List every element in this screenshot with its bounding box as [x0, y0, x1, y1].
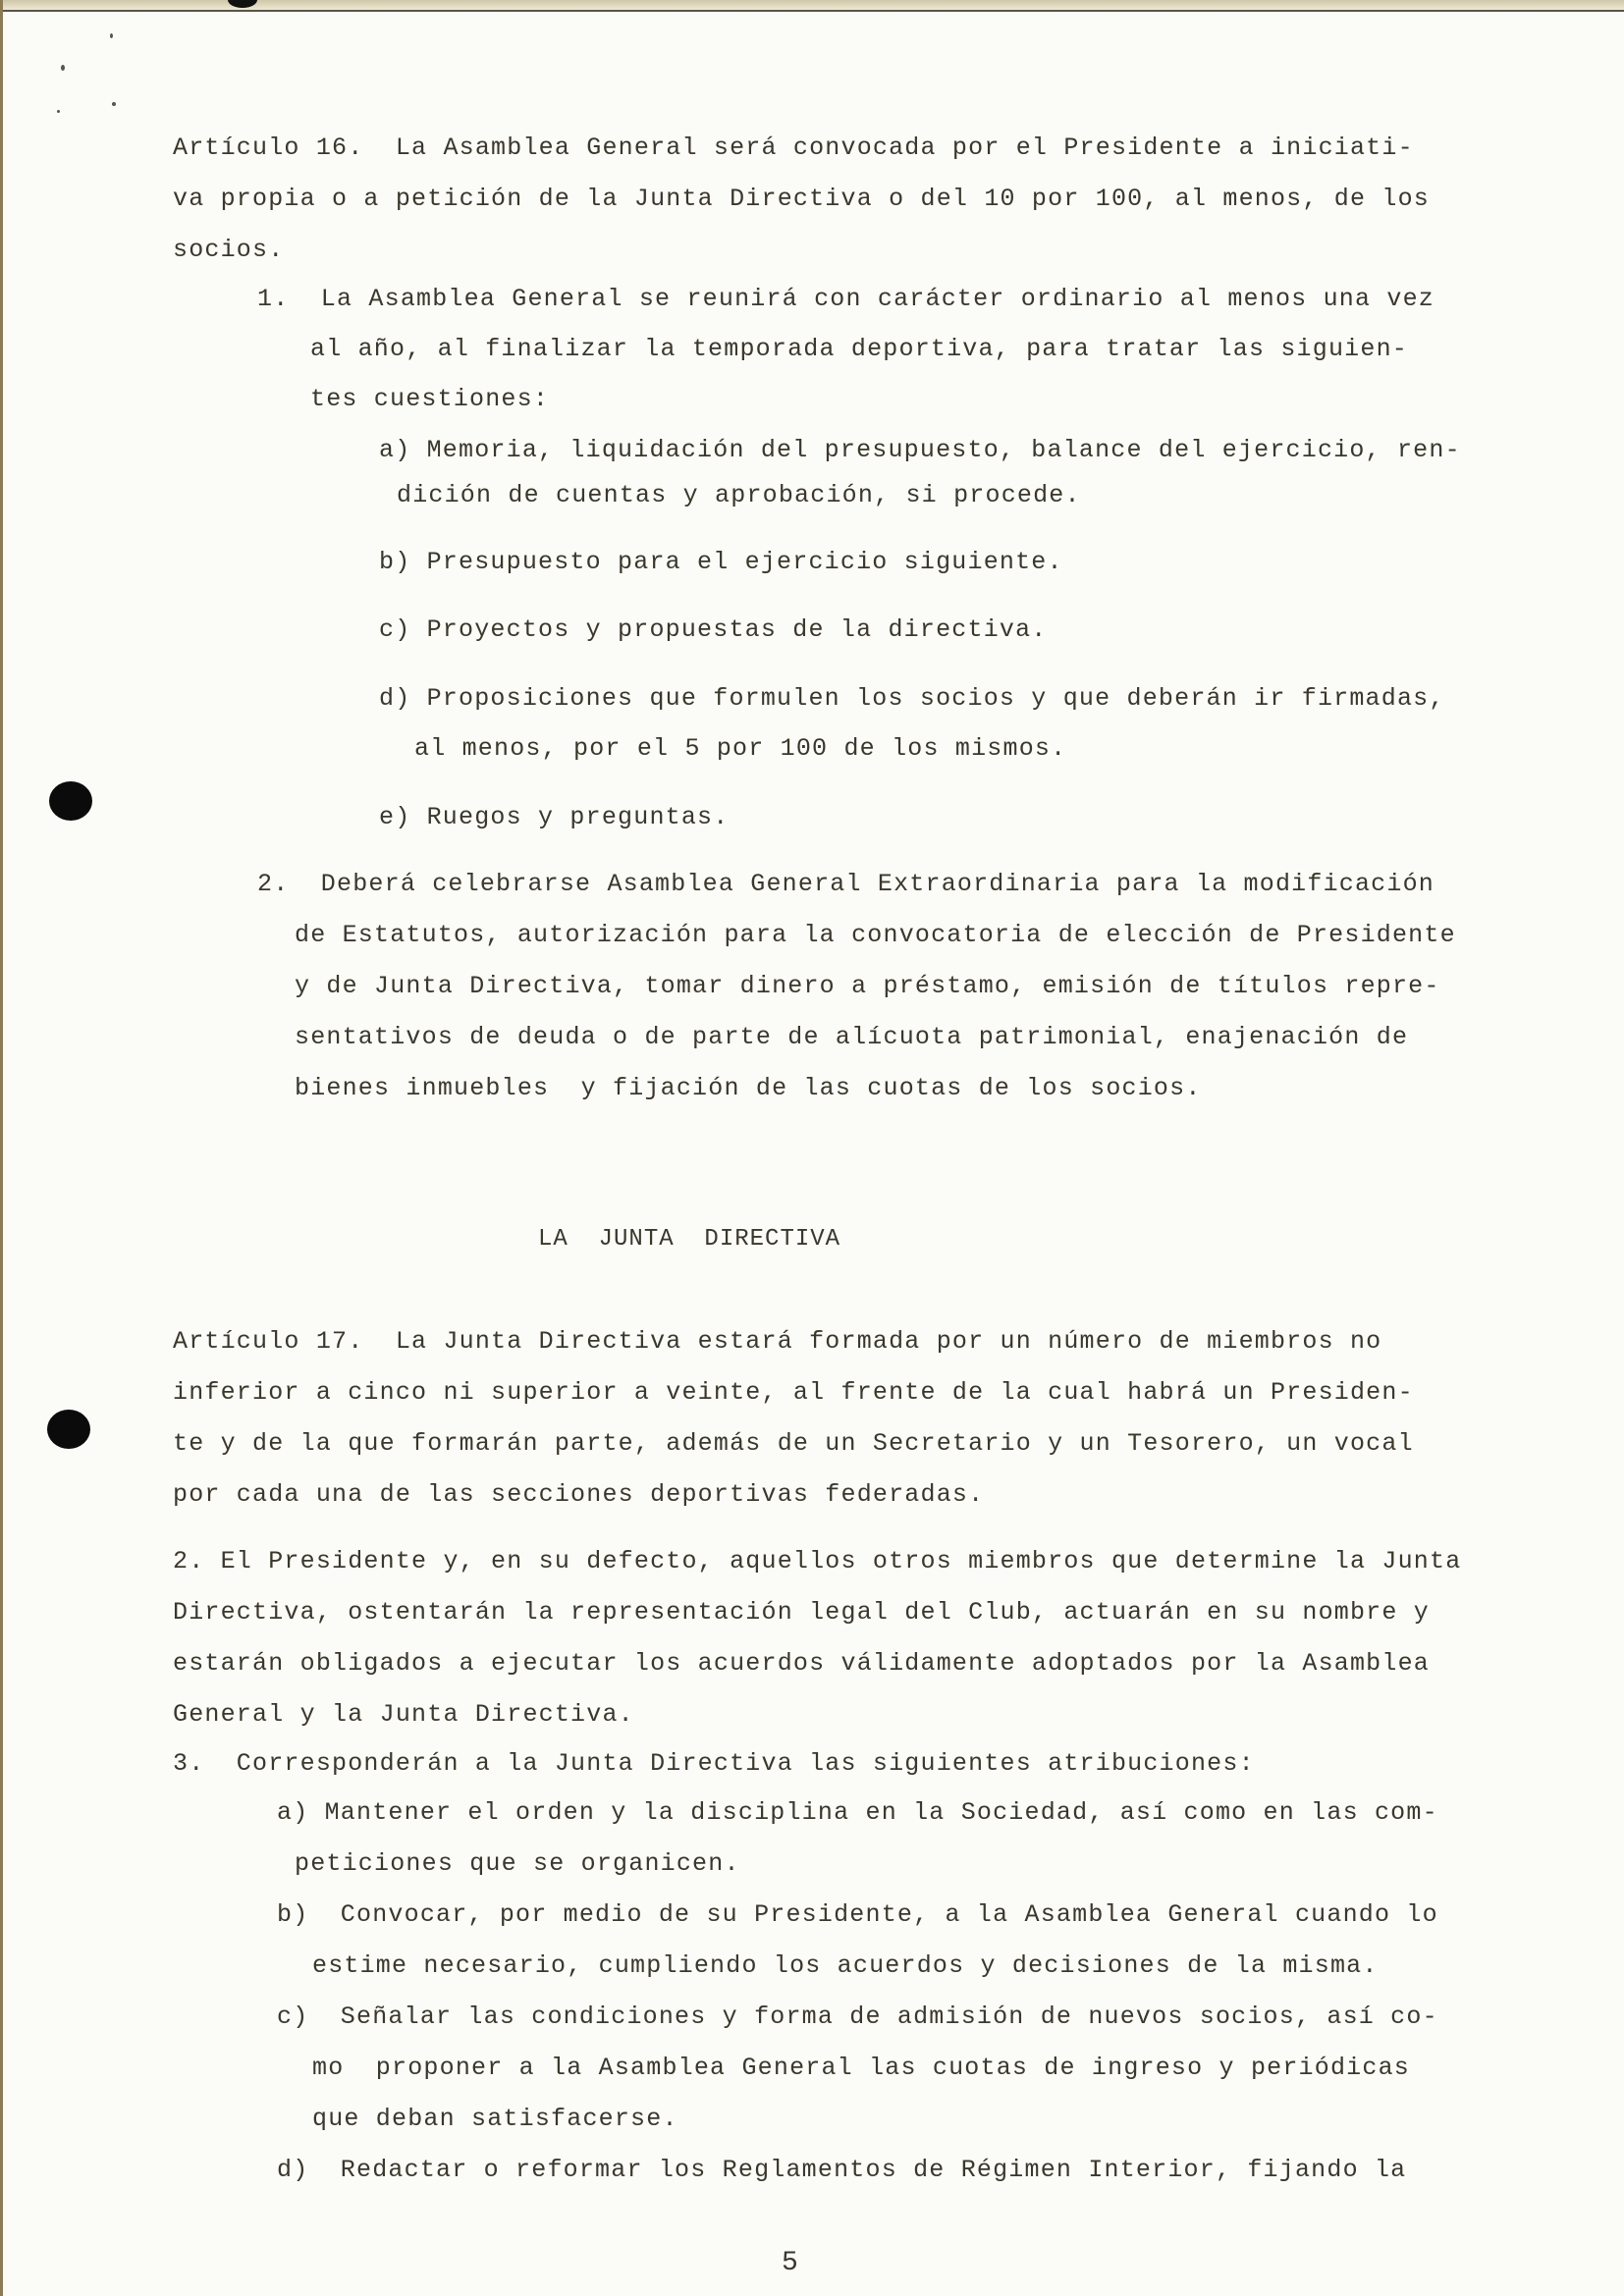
- art16-item-d-line-1: d) Proposiciones que formulen los socios…: [379, 684, 1445, 714]
- art16-point1-line-3: tes cuestiones:: [310, 385, 549, 414]
- art16-item-b: b) Presupuesto para el ejercicio siguien…: [379, 548, 1063, 577]
- scan-speck: [57, 110, 60, 113]
- art16-point1-line-1: 1. La Asamblea General se reunirá con ca…: [257, 285, 1435, 314]
- art17-point3: 3. Corresponderán a la Junta Directiva l…: [173, 1749, 1255, 1779]
- scan-speck: [112, 102, 116, 106]
- art16-point2-line-3: y de Junta Directiva, tomar dinero a pré…: [295, 972, 1440, 1001]
- scan-speck: [61, 65, 65, 71]
- art17-item-c-line-2: mo proponer a la Asamblea General las cu…: [312, 2054, 1410, 2083]
- art17-item-b-line-1: b) Convocar, por medio de su Presidente,…: [277, 1900, 1438, 1930]
- art17-item-b-line-2: estime necesario, cumpliendo los acuerdo…: [312, 1951, 1379, 1981]
- section-heading: LA JUNTA DIRECTIVA: [538, 1225, 840, 1255]
- punch-hole-icon: [49, 781, 92, 821]
- art17-point2-line-4: General y la Junta Directiva.: [173, 1700, 634, 1730]
- article16-line-2: va propia o a petición de la Junta Direc…: [173, 185, 1430, 214]
- art16-point2-line-2: de Estatutos, autorización para la convo…: [295, 921, 1456, 950]
- art17-point2-line-3: estarán obligados a ejecutar los acuerdo…: [173, 1649, 1430, 1679]
- art16-point2-line-4: sentativos de deuda o de parte de alícuo…: [295, 1023, 1408, 1052]
- punch-hole-icon: [47, 1410, 90, 1449]
- art17-item-a-line-2: peticiones que se organicen.: [295, 1849, 740, 1879]
- art17-item-d-line-1: d) Redactar o reformar los Reglamentos d…: [277, 2156, 1406, 2185]
- scan-speck: [110, 33, 113, 38]
- article17-line-1: Artículo 17. La Junta Directiva estará f…: [173, 1327, 1381, 1357]
- art17-point2-line-1: 2. El Presidente y, en su defecto, aquel…: [173, 1547, 1461, 1576]
- art17-point2-line-2: Directiva, ostentarán la representación …: [173, 1598, 1430, 1628]
- scan-left-edge: [0, 0, 3, 2296]
- art16-point1-line-2: al año, al finalizar la temporada deport…: [310, 335, 1408, 364]
- art16-point2-line-5: bienes inmuebles y fijación de las cuota…: [295, 1074, 1202, 1103]
- art16-item-d-line-2: al menos, por el 5 por 100 de los mismos…: [414, 734, 1066, 764]
- art16-item-a-line-1: a) Memoria, liquidación del presupuesto,…: [379, 436, 1461, 465]
- art16-point2-line-1: 2. Deberá celebrarse Asamblea General Ex…: [257, 870, 1435, 899]
- article17-line-4: por cada una de las secciones deportivas…: [173, 1480, 984, 1510]
- page-number: 5: [782, 2248, 798, 2278]
- art16-item-c: c) Proyectos y propuestas de la directiv…: [379, 615, 1048, 645]
- art17-item-c-line-1: c) Señalar las condiciones y forma de ad…: [277, 2002, 1438, 2032]
- art17-item-a-line-1: a) Mantener el orden y la disciplina en …: [277, 1798, 1438, 1828]
- article16-line-3: socios.: [173, 236, 284, 265]
- article17-line-3: te y de la que formarán parte, además de…: [173, 1429, 1414, 1459]
- article16-line-1: Artículo 16. La Asamblea General será co…: [173, 133, 1414, 163]
- art17-item-c-line-3: que deban satisfacerse.: [312, 2105, 678, 2134]
- art16-item-e: e) Ruegos y preguntas.: [379, 803, 729, 832]
- article17-line-2: inferior a cinco ni superior a veinte, a…: [173, 1378, 1414, 1408]
- art16-item-a-line-2: dición de cuentas y aprobación, si proce…: [397, 481, 1081, 510]
